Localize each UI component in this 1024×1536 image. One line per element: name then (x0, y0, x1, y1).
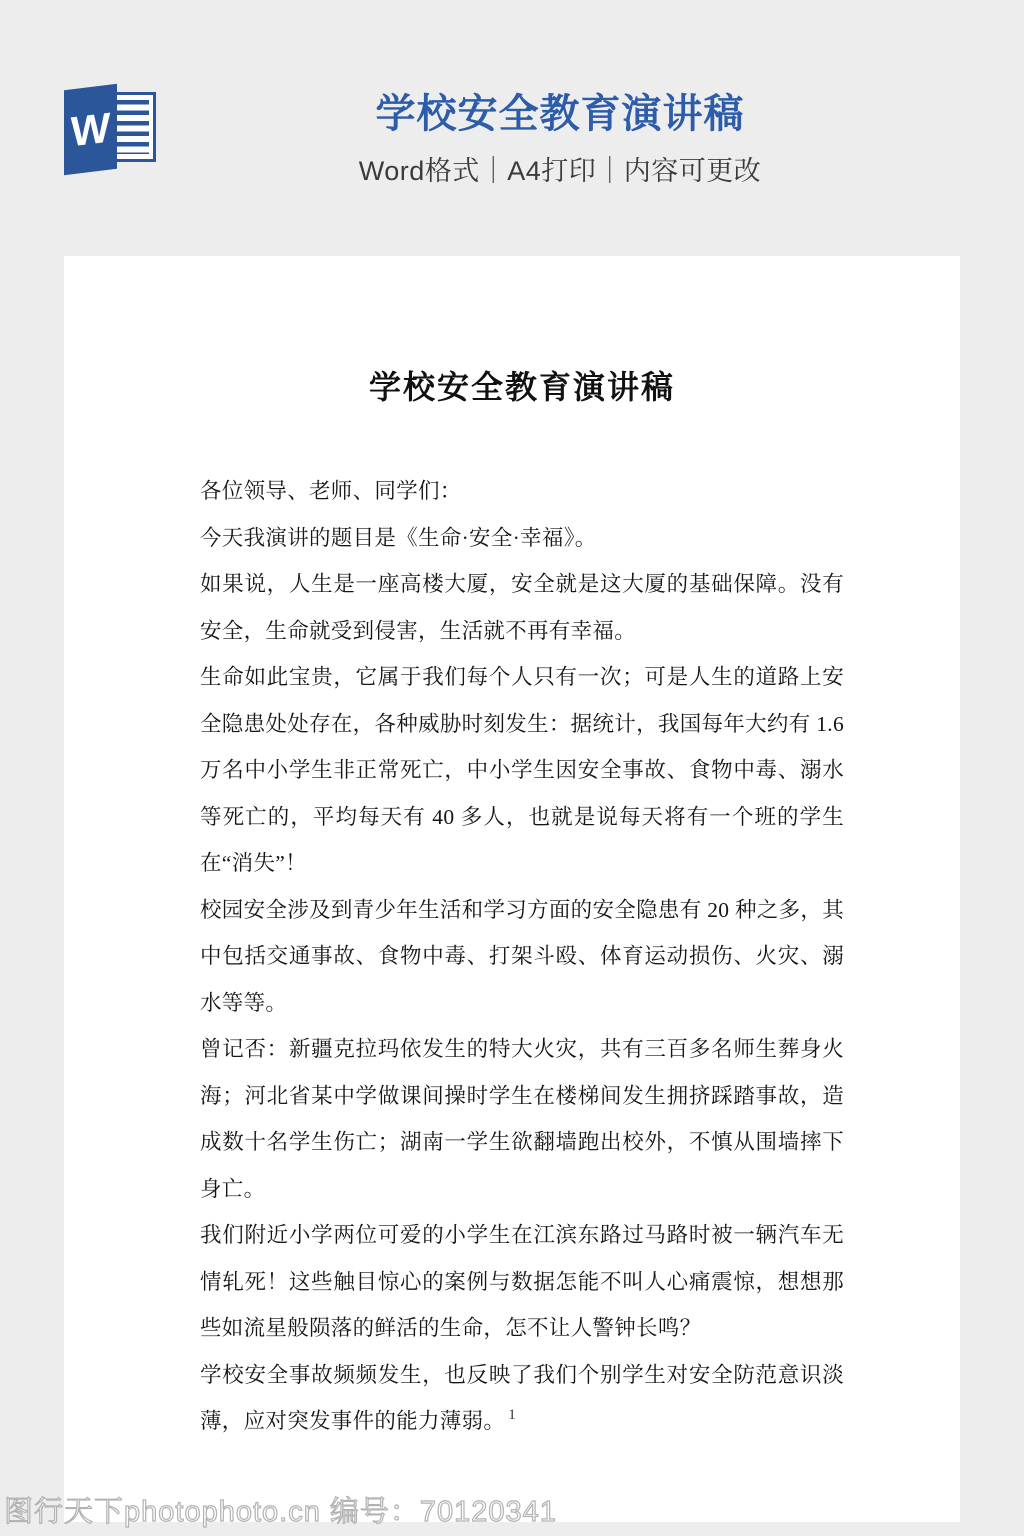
document-page: 学校安全教育演讲稿 各位领导、老师、同学们：今天我演讲的题目是《生命·安全·幸福… (64, 256, 960, 1522)
watermark-text: 图行天下photophoto.cn 编号：70120341 (4, 1489, 557, 1530)
word-logo-icon: W (64, 83, 156, 177)
template-header: W 学校安全教育演讲稿 Word格式｜A4打印｜内容可更改 (0, 0, 1024, 256)
paragraph: 曾记否：新疆克拉玛依发生的特大火灾，共有三百多名师生葬身火海；河北省某中学做课间… (200, 1026, 844, 1212)
template-subtitle: Word格式｜A4打印｜内容可更改 (359, 149, 762, 188)
paragraph: 各位领导、老师、同学们： (200, 468, 844, 515)
document-body: 各位领导、老师、同学们：今天我演讲的题目是《生命·安全·幸福》。如果说，人生是一… (200, 468, 844, 1445)
paragraph: 生命如此宝贵，它属于我们每个人只有一次；可是人生的道路上安全隐患处处存在，各种威… (200, 654, 844, 887)
word-logo-board: W (64, 84, 117, 176)
paragraph: 校园安全涉及到青少年生活和学习方面的安全隐患有 20 种之多，其中包括交通事故、… (200, 887, 844, 1027)
header-text-block: 学校安全教育演讲稿 Word格式｜A4打印｜内容可更改 (359, 92, 762, 188)
template-title: 学校安全教育演讲稿 (359, 92, 762, 136)
paragraph: 今天我演讲的题目是《生命·安全·幸福》。 (200, 515, 844, 562)
page-number: 1 (64, 1407, 960, 1424)
paragraph: 我们附近小学两位可爱的小学生在江滨东路过马路时被一辆汽车无情轧死！这些触目惊心的… (200, 1212, 844, 1352)
word-logo-letter: W (71, 106, 111, 153)
paragraph: 学校安全事故频频发生，也反映了我们个别学生对安全防范意识淡薄，应对突发事件的能力… (200, 1352, 844, 1445)
word-logo-text-lines (113, 100, 149, 154)
paragraph: 如果说，人生是一座高楼大厦，安全就是这大厦的基础保障。没有安全，生命就受到侵害，… (200, 561, 844, 654)
document-title: 学校安全教育演讲稿 (200, 363, 844, 411)
